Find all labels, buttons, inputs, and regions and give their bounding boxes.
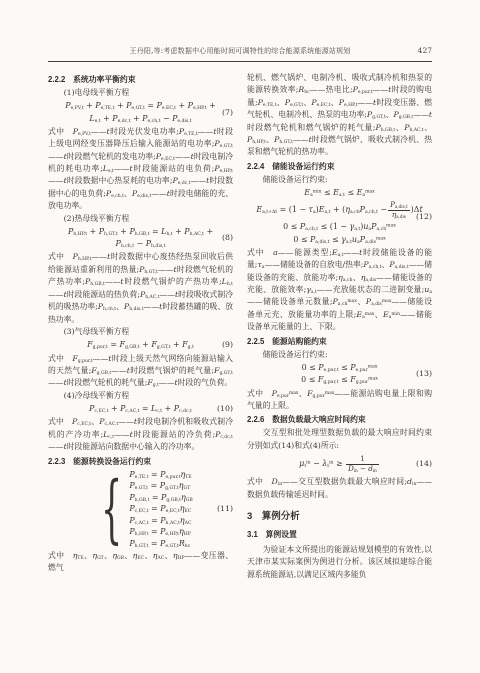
section-heading-2-2-2: 2.2.2 系统功率平衡约束 — [48, 73, 233, 86]
equation-12-line-2: Ea,t+Δt = (1 − τa)Ea,t + (ηa,chPa,ch,t −… — [247, 199, 432, 221]
equation-9-number: (9) — [222, 339, 233, 351]
equation-9-line-1: Fg,pur,t = Fg,GB,t + Fg,GT,t + Fg,t — [48, 339, 233, 351]
equation-12-line-2-pre: Ea,t+Δt = (1 − τa)Ea,t + (ηa,chPa,ch,t − — [256, 205, 387, 214]
equation-8-number: (8) — [222, 232, 233, 244]
left-column: 2.2.2 系统功率平衡约束 (1)电母线平衡方程 Pe,PV,t + Pe,T… — [48, 72, 233, 581]
equation-13: 0 ≤ Pe,pur,t ≤ Pe,purmax 0 ≤ Fg,pur,t ≤ … — [247, 362, 432, 386]
equation-8-line-2: Ph,ch,t − Ph,dis,t — [48, 238, 233, 250]
equation-11-line-3: Ph,GB,t = Pg,GB,tηGB — [129, 492, 192, 504]
paper-page: 王丹阳,等:考虑数据中心用能时间可调特性的综合能源系统能源站规划 427 2.2… — [0, 0, 480, 673]
fraction: Pa,dis,tηa,dis — [388, 201, 410, 220]
subheading-gas-bus: (3)气母线平衡方程 — [48, 326, 233, 338]
subheading-cool-bus: (4)冷母线平衡方程 — [48, 390, 233, 402]
section-heading-2-2-6: 2.2.6 数据负载最大响应时间约束 — [247, 413, 432, 426]
definitions-eq14: 式中 Din——交互型数据负载最大响应时间;din——数据负载传输延迟时间。 — [247, 476, 432, 501]
equation-11: { Pe,TE,t = Pe,pur,tηTE Pe,GT,t = Pg,GT,… — [48, 469, 233, 550]
section-heading-2-2-5: 2.2.5 能源站购能约束 — [247, 335, 432, 348]
definitions-eq11-continued: 轮机、燃气锅炉、电制冷机、吸收式制冷机和热泵的能源转换效率;Rhc——热电比;P… — [247, 72, 432, 159]
definitions-eq9: 式中 Fg,pur,t——t时段上级天然气网络向能源站输入的天然气量;Fg,GB… — [48, 353, 233, 390]
equation-10-line-1: Pc,EC,t + Pc,AC,t = Lc,t + Pc,dc,t — [48, 403, 233, 415]
equation-13-number: (13) — [416, 368, 432, 380]
equation-7-line-2: Le,t + Pe,dc,t + Pe,ch,t − Pe,dis,t — [48, 113, 233, 125]
fraction: 1Din − din — [346, 455, 379, 474]
equation-11-line-6: Ph,HP,t = Pe,HP,tηHP — [129, 526, 192, 538]
equation-11-line-5: Pc,AC,t = Ph,AC,tηAC — [129, 515, 192, 527]
response-time-intro: 交互型和批处理型数据负载的最大响应时间约束分别如式(14)和式(4)所示: — [247, 427, 432, 452]
equation-12: Eamin ≤ Ea,t ≤ Eamax Ea,t+Δt = (1 − τa)E… — [247, 187, 432, 246]
equation-13-line-1: 0 ≤ Pe,pur,t ≤ Pe,purmax — [247, 362, 432, 374]
header-rule — [48, 61, 432, 62]
right-column: 轮机、燃气锅炉、电制冷机、吸收式制冷机和热泵的能源转换效率;Rhc——热电比;P… — [247, 72, 432, 581]
equation-14-line-1: μtin − λtin ≥ 1Din − din — [247, 453, 432, 475]
case-study-paragraph: 为验证本文所提出的能源站规划模型的有效性,以天津市某实际案例为例进行分析。该区域… — [247, 544, 432, 581]
equation-10: Pc,EC,t + Pc,AC,t = Lc,t + Pc,dc,t (10) — [48, 403, 233, 415]
running-title: 王丹阳,等:考虑数据中心用能时间可调特性的综合能源系统能源站规划 — [48, 46, 432, 56]
equation-7-line-1: Pe,PV,t + Pe,TE,t + Pe,GT,t = Pe,EC,t + … — [48, 100, 233, 112]
definitions-eq12: 式中 a——能源类型;Ea,t——t时段储能设备的能量;τa——储能设备的自放电… — [247, 247, 432, 334]
section-heading-2-2-4: 2.2.4 储能设备运行约束 — [247, 160, 432, 173]
equation-9: Fg,pur,t = Fg,GB,t + Fg,GT,t + Fg,t (9) — [48, 339, 233, 351]
section-heading-3: 3 算例分析 — [247, 510, 432, 523]
definitions-eq10: 式中 Pc,EC,t、Pc,AC,t——t时段电制冷机和吸收式制冷机的产冷功率;… — [48, 416, 233, 453]
equation-11-lines: Pe,TE,t = Pe,pur,tηTE Pe,GT,t = Pg,GT,tη… — [129, 469, 192, 550]
equation-14-lhs: μtin − λtin ≥ — [299, 459, 342, 468]
equation-11-line-7: Ph,GT,t = Pe,GT,tRhc — [129, 538, 192, 550]
equation-12-number: (12) — [416, 210, 432, 222]
equation-14-number: (14) — [416, 458, 432, 470]
subheading-heat-bus: (2)热母线平衡方程 — [48, 213, 233, 225]
equation-11-number: (11) — [217, 503, 233, 515]
equation-13-line-2: 0 ≤ Fg,pur,t ≤ Fg,purmax — [247, 374, 432, 386]
two-column-body: 2.2.2 系统功率平衡约束 (1)电母线平衡方程 Pe,PV,t + Pe,T… — [48, 72, 432, 581]
equation-14: μtin − λtin ≥ 1Din − din (14) — [247, 453, 432, 475]
equation-11-line-2: Pe,GT,t = Pg,GT,tηGT — [129, 480, 192, 492]
left-brace-glyph: { — [101, 469, 122, 549]
page-header: 王丹阳,等:考虑数据中心用能时间可调特性的综合能源系统能源站规划 427 — [48, 46, 432, 57]
page-number: 427 — [418, 46, 432, 55]
equation-11-group: { Pe,TE,t = Pe,pur,tηTE Pe,GT,t = Pg,GT,… — [88, 469, 193, 550]
equation-8: Ph,HP,t + Ph,GT,t + Ph,GB,t = Lh,t + Ph,… — [48, 226, 233, 250]
definitions-eq13: 式中 Pe,purmax、Fg,purmax——能源站购电量上限和购气量的上限。 — [247, 388, 432, 413]
equation-12-line-3: 0 ≤ Pa,ch,t ≤ (1 − γa,t)uaPa,chmax — [247, 221, 432, 233]
purchase-constraint-intro: 储能设备运行约束: — [247, 349, 432, 361]
equation-10-number: (10) — [217, 403, 233, 415]
storage-constraint-intro: 储能设备运行约束: — [247, 174, 432, 186]
definitions-eq8: 式中 Ph,HP,t——t时段数据中心废热经热泵回收后供给能源站重新利用的热量;… — [48, 251, 233, 325]
definitions-eq7: 式中 Pe,PV,t——t时段光伏发电功率;Pe,TE,t——t时段上级电网经变… — [48, 126, 233, 213]
equation-7-number: (7) — [222, 106, 233, 118]
equation-11-line-4: Pc,EC,t = Pe,EC,tηEC — [129, 503, 192, 515]
fraction-denominator: Din − din — [346, 465, 379, 474]
subheading-elec-bus: (1)电母线平衡方程 — [48, 87, 233, 99]
equation-12-line-1: Eamin ≤ Ea,t ≤ Eamax — [247, 187, 432, 199]
equation-11-line-1: Pe,TE,t = Pe,pur,tηTE — [129, 469, 192, 481]
section-heading-3-1: 3.1 算例设置 — [247, 528, 432, 541]
definitions-eq11-start: 式中 ηTE、ηGT、ηGB、ηEC、ηAC、ηHP——变压器、燃气 — [48, 550, 233, 575]
equation-8-line-1: Ph,HP,t + Ph,GT,t + Ph,GB,t = Lh,t + Ph,… — [48, 226, 233, 238]
equation-7: Pe,PV,t + Pe,TE,t + Pe,GT,t = Pe,EC,t + … — [48, 100, 233, 124]
section-heading-2-2-3: 2.2.3 能源转换设备运行约束 — [48, 455, 233, 468]
equation-12-line-4: 0 ≤ Pa,dis,t ≤ γa,tuaPa,dismax — [247, 234, 432, 246]
fraction-denominator: ηa,dis — [388, 211, 410, 220]
